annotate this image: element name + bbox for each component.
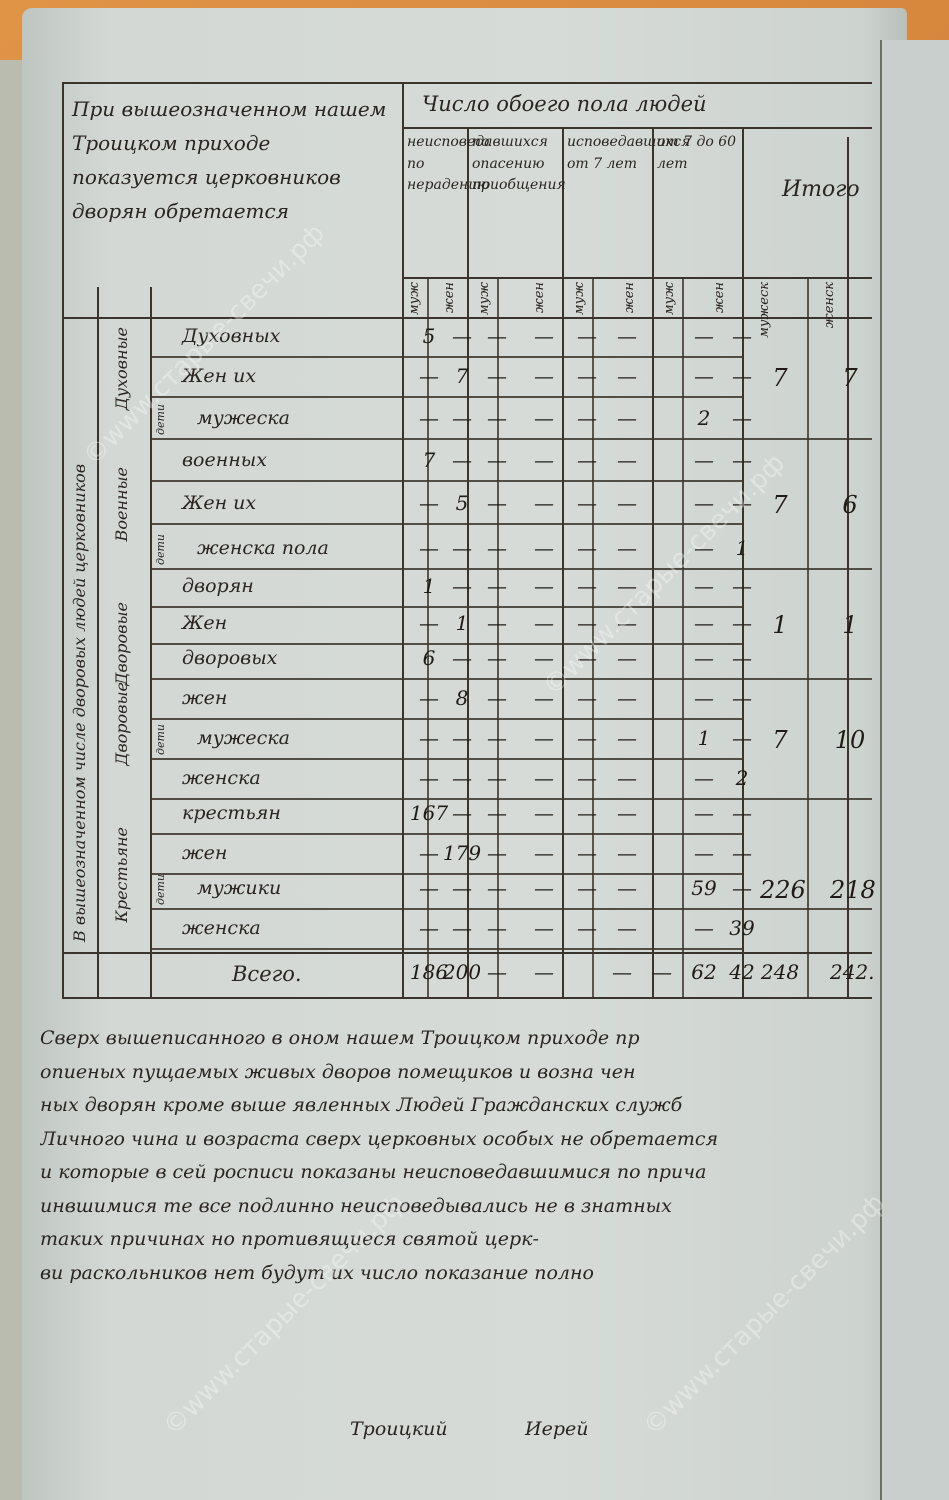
- table-cell: —: [442, 448, 482, 472]
- table-cell: —: [524, 841, 564, 865]
- table-cell: —: [684, 574, 724, 598]
- sub-header-f: жен: [442, 282, 457, 313]
- row-divider: [150, 948, 742, 950]
- table-cell: —: [477, 841, 517, 865]
- table-cell: —: [607, 876, 647, 900]
- table-cell: 2: [684, 406, 724, 430]
- table-cell: —: [607, 491, 647, 515]
- table-cell: —: [684, 646, 724, 670]
- table-cell: —: [722, 841, 762, 865]
- table-cell: —: [477, 364, 517, 388]
- table-cell: —: [607, 916, 647, 940]
- side-label-outer: В вышеозначенном числе дворовых людей це…: [70, 342, 89, 942]
- row-label: мужики: [197, 878, 281, 900]
- table-cell: —: [607, 536, 647, 560]
- row-total-m: 7: [760, 491, 800, 519]
- row-divider: [150, 833, 742, 835]
- table-cell: —: [477, 574, 517, 598]
- table-border-top: [62, 82, 872, 84]
- row-total-f: 1: [830, 611, 870, 639]
- table-cell: —: [607, 448, 647, 472]
- header-divider: [402, 127, 872, 129]
- table-cell: —: [524, 916, 564, 940]
- col-header-3: исповедавшихся от 7 лет: [567, 132, 649, 175]
- row-divider: [150, 643, 742, 645]
- table-cell: —: [567, 841, 607, 865]
- table-cell: —: [722, 611, 762, 635]
- paragraph-line: инвшимися те все подлинно неисповедывали…: [40, 1190, 902, 1224]
- total-cell: —: [477, 960, 517, 984]
- row-total-m: 7: [760, 364, 800, 392]
- table-cell: —: [722, 801, 762, 825]
- side-label-group: Дворовые: [112, 602, 131, 686]
- table-cell: —: [477, 916, 517, 940]
- header-bottom: [62, 317, 872, 319]
- table-cell: —: [567, 536, 607, 560]
- header-left-title: При вышеозначенном нашем Троицком приход…: [72, 92, 392, 228]
- row-total-m: 1: [760, 611, 800, 639]
- table-cell: —: [524, 876, 564, 900]
- row-total-f: 6: [830, 491, 870, 519]
- total-cell: —: [524, 960, 564, 984]
- table-cell: —: [567, 448, 607, 472]
- table-cell: —: [477, 801, 517, 825]
- total-cell: 42: [722, 960, 762, 984]
- row-divider: [150, 438, 872, 440]
- table-border-left: [62, 82, 64, 997]
- table-cell: —: [684, 364, 724, 388]
- table-cell: —: [684, 686, 724, 710]
- col-header-total: Итого: [782, 177, 860, 202]
- side-label-group: Духовные: [112, 327, 131, 410]
- table-cell: —: [524, 574, 564, 598]
- table-cell: 7: [442, 364, 482, 388]
- table-border-bottom: [62, 997, 872, 999]
- table-cell: —: [524, 766, 564, 790]
- row-sub-label: дети: [154, 534, 167, 565]
- table-cell: —: [722, 686, 762, 710]
- table-cell: —: [477, 766, 517, 790]
- table-cell: —: [684, 324, 724, 348]
- col-header-4: от 7 до 60 лет: [657, 132, 739, 175]
- table-cell: —: [567, 574, 607, 598]
- table-cell: —: [477, 406, 517, 430]
- paragraph-line: ных дворян кроме выше явленных Людей Гра…: [40, 1089, 902, 1123]
- paragraph-line: и которые в сей росписи показаны неиспов…: [40, 1156, 902, 1190]
- total-cell: 200: [442, 960, 482, 984]
- table-cell: —: [607, 406, 647, 430]
- table-cell: —: [684, 766, 724, 790]
- table-cell: —: [524, 726, 564, 750]
- table-cell: —: [567, 876, 607, 900]
- side-label-group: Крестьяне: [112, 827, 131, 923]
- total-cell: —: [642, 960, 682, 984]
- table-cell: 39: [722, 916, 762, 940]
- table-cell: —: [477, 611, 517, 635]
- column-divider: [402, 82, 404, 997]
- column-divider: [562, 127, 564, 997]
- table-cell: —: [607, 801, 647, 825]
- row-label: мужеска: [197, 728, 290, 750]
- closing-paragraph: Сверх вышеписанного в оном нашем Троицко…: [40, 1022, 902, 1290]
- table-cell: —: [607, 726, 647, 750]
- table-cell: —: [684, 916, 724, 940]
- sub-header-m: муж: [662, 282, 677, 315]
- row-divider: [150, 718, 742, 720]
- row-divider: [150, 396, 742, 398]
- table-cell: —: [524, 611, 564, 635]
- col-header-2: по опасению приобщения: [472, 132, 558, 197]
- grand-total-m: 248: [760, 960, 800, 984]
- column-divider: [467, 127, 469, 997]
- row-label: жен: [182, 688, 227, 710]
- table-cell: —: [524, 491, 564, 515]
- sub-header-m: муж: [572, 282, 587, 315]
- paragraph-line: Сверх вышеписанного в оном нашем Троицко…: [40, 1022, 902, 1056]
- col-header-1: неисповедавшихся по нерадению: [407, 132, 465, 197]
- label-divider: [97, 287, 99, 997]
- total-row-divider: [62, 952, 872, 954]
- row-label: женска пола: [197, 538, 329, 560]
- row-label: военных: [182, 450, 267, 472]
- total-cell: —: [602, 960, 642, 984]
- row-divider: [150, 480, 742, 482]
- row-label: Жен: [182, 613, 227, 635]
- row-divider: [150, 678, 872, 680]
- table-cell: 1: [442, 611, 482, 635]
- table-cell: —: [442, 324, 482, 348]
- table-cell: —: [722, 324, 762, 348]
- row-label: женска: [182, 918, 261, 940]
- table-cell: —: [722, 876, 762, 900]
- column-divider: [847, 137, 849, 997]
- sub-header-f: жен: [622, 282, 637, 313]
- table-cell: —: [442, 766, 482, 790]
- table-cell: —: [477, 324, 517, 348]
- table-cell: —: [607, 686, 647, 710]
- sub-header-m: муж: [407, 282, 422, 315]
- signature-title: Иерей: [525, 1418, 588, 1440]
- table-cell: —: [722, 574, 762, 598]
- table-cell: —: [607, 324, 647, 348]
- row-label: дворян: [182, 576, 254, 598]
- row-divider: [150, 873, 742, 875]
- side-label-group: Дворовые: [112, 682, 131, 766]
- table-cell: —: [477, 491, 517, 515]
- sub-header-m: муж: [477, 282, 492, 315]
- table-cell: 2: [722, 766, 762, 790]
- table-cell: —: [524, 536, 564, 560]
- table-cell: —: [567, 726, 607, 750]
- sub-header-f: женск: [822, 282, 837, 328]
- table-cell: —: [477, 876, 517, 900]
- table-cell: —: [524, 801, 564, 825]
- register-table: При вышеозначенном нашем Троицком приход…: [62, 82, 902, 1002]
- table-cell: —: [684, 841, 724, 865]
- side-label-group: Военные: [112, 467, 131, 541]
- paragraph-line: опиеных пущаемых живых дворов помещиков …: [40, 1056, 902, 1090]
- header-divider: [402, 277, 872, 279]
- table-cell: 59: [684, 876, 724, 900]
- row-total-f: 7: [830, 364, 870, 392]
- table-cell: —: [684, 801, 724, 825]
- table-cell: —: [684, 611, 724, 635]
- signature-name: Троицкий: [350, 1418, 448, 1440]
- table-cell: —: [722, 646, 762, 670]
- table-cell: —: [607, 364, 647, 388]
- row-divider: [150, 908, 872, 910]
- row-label: жен: [182, 843, 227, 865]
- table-cell: —: [567, 801, 607, 825]
- table-cell: —: [524, 364, 564, 388]
- row-total-m: 226: [760, 876, 800, 904]
- row-total-m: 7: [760, 726, 800, 754]
- paragraph-line: Личного чина и возраста сверх церковных …: [40, 1123, 902, 1157]
- table-cell: —: [722, 406, 762, 430]
- table-cell: —: [442, 916, 482, 940]
- row-divider: [150, 523, 742, 525]
- table-cell: —: [567, 766, 607, 790]
- table-cell: —: [477, 726, 517, 750]
- table-cell: —: [567, 686, 607, 710]
- row-divider: [150, 356, 742, 358]
- table-cell: —: [442, 876, 482, 900]
- sub-header-f: жен: [532, 282, 547, 313]
- row-label: дворовых: [182, 648, 277, 670]
- table-cell: —: [442, 536, 482, 560]
- row-sub-label: дети: [154, 724, 167, 755]
- column-divider: [742, 127, 744, 997]
- row-label: крестьян: [182, 803, 281, 825]
- row-total-f: 10: [830, 726, 870, 754]
- table-cell: 1: [722, 536, 762, 560]
- table-cell: —: [442, 574, 482, 598]
- table-cell: —: [567, 364, 607, 388]
- total-cell: 62: [684, 960, 724, 984]
- table-cell: —: [442, 726, 482, 750]
- table-cell: —: [524, 324, 564, 348]
- row-divider: [150, 798, 872, 800]
- table-cell: —: [722, 726, 762, 750]
- row-total-f: 218: [830, 876, 870, 904]
- table-cell: 8: [442, 686, 482, 710]
- table-cell: —: [477, 448, 517, 472]
- table-cell: —: [524, 448, 564, 472]
- paragraph-line: таких причинах но противящиеся святой це…: [40, 1223, 902, 1257]
- table-cell: —: [442, 406, 482, 430]
- table-cell: —: [567, 916, 607, 940]
- table-cell: 179: [442, 841, 482, 865]
- table-cell: —: [477, 536, 517, 560]
- row-sub-label: дети: [154, 874, 167, 905]
- table-cell: —: [524, 406, 564, 430]
- row-divider: [150, 568, 872, 570]
- table-cell: —: [567, 406, 607, 430]
- row-divider: [150, 758, 742, 760]
- table-cell: —: [477, 686, 517, 710]
- sub-header-f: жен: [712, 282, 727, 313]
- table-cell: —: [607, 841, 647, 865]
- header-top-title: Число обоего пола людей: [422, 92, 707, 116]
- table-cell: 1: [684, 726, 724, 750]
- table-cell: —: [607, 766, 647, 790]
- sub-column-divider: [807, 277, 809, 997]
- table-cell: —: [477, 646, 517, 670]
- table-cell: —: [684, 448, 724, 472]
- table-cell: —: [567, 491, 607, 515]
- table-cell: —: [567, 324, 607, 348]
- grand-total-f: 242.: [830, 960, 870, 984]
- row-label: Жен их: [182, 493, 256, 515]
- table-cell: —: [722, 364, 762, 388]
- table-cell: 5: [442, 491, 482, 515]
- table-cell: —: [442, 646, 482, 670]
- column-divider: [652, 127, 654, 997]
- row-label: женска: [182, 768, 261, 790]
- table-cell: —: [607, 646, 647, 670]
- row-label: мужеска: [197, 408, 290, 430]
- total-row-label: Всего.: [232, 962, 302, 986]
- table-cell: —: [442, 801, 482, 825]
